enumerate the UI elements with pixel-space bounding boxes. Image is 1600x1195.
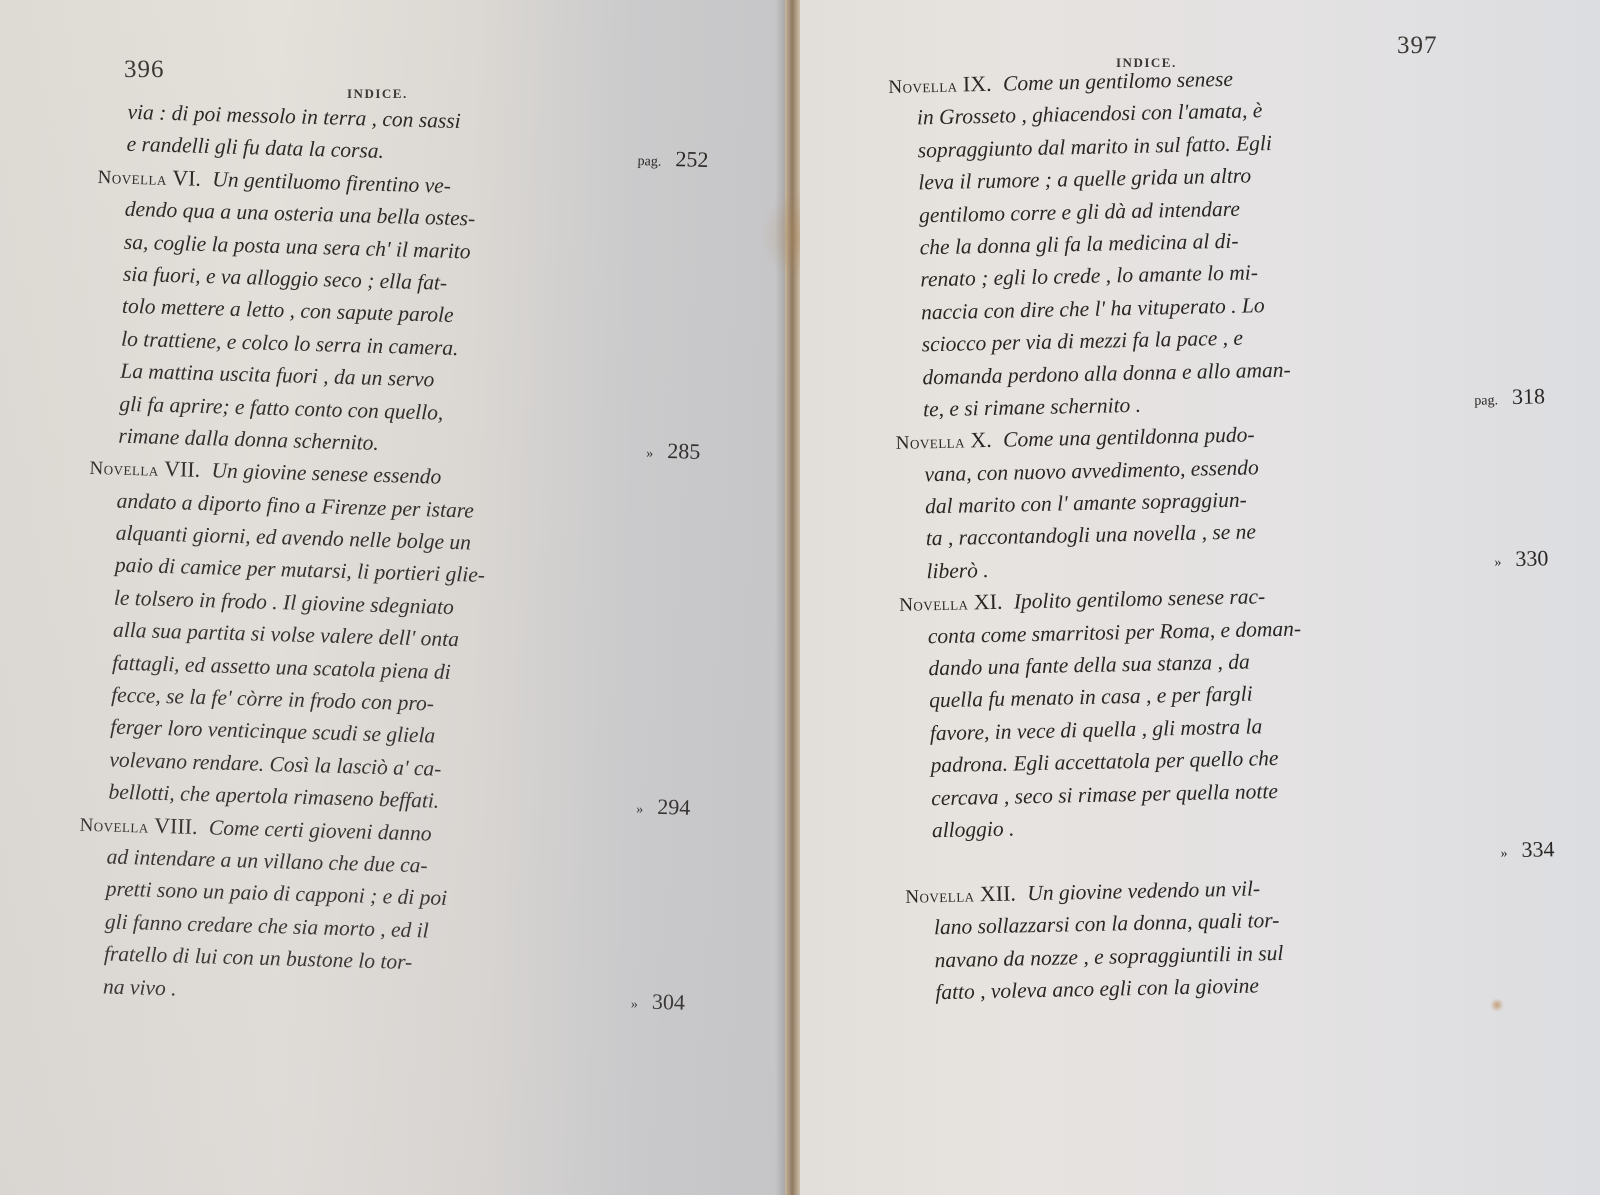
novella-number: XI. [973, 589, 1002, 615]
page-ref-number: 330 [1515, 545, 1549, 571]
novella-label: Novella [896, 432, 966, 454]
entry-text: Un gentiluomo firentino ve- [212, 163, 451, 202]
page-ref-prefix: » [1500, 847, 1507, 862]
index-line: gli fa aprire; e fatto conto con quello, [91, 386, 652, 434]
page-ref-number: 334 [1521, 837, 1555, 863]
entry-text: dendo qua a una osteria una bella ostes- [124, 193, 475, 235]
index-entries: Novella IX. Come un gentilomo senese in … [888, 57, 1508, 1009]
entry-text: te, e si rimane schernito . [923, 389, 1142, 426]
index-line: sia fuori, e va alloggio seco ; ella fat… [95, 257, 656, 305]
page-reference: pag.252 [637, 142, 709, 180]
index-line: tolo mettere a letto , con sapute parole [94, 289, 655, 337]
index-line: rimane dalla donna schernito. »285 [90, 419, 651, 467]
index-line: alquanti giorni, ed avendo nelle bolge u… [87, 516, 648, 564]
index-line: sa, coglie la posta una sera ch' il mari… [95, 225, 656, 273]
novella-label: Novella [89, 458, 159, 481]
running-head: INDICE. [347, 86, 408, 102]
index-line: volevano rendare. Così la lasciò a' ca- [81, 743, 642, 791]
entry-text: bellotti, che apertola rimaseno beffati. [108, 776, 440, 817]
index-line: fratello di lui con un bustone lo tor- [76, 937, 637, 985]
entry-text: alla sua partita si volse valere dell' o… [113, 614, 460, 656]
entry-text: gli fanno credare che sia morto , ed il [104, 905, 429, 946]
left-page: 396 INDICE. via : di poi messolo in terr… [0, 0, 790, 1195]
entry-text: e randelli gli fu data la corsa. [126, 128, 384, 167]
novella-label: Novella [899, 594, 969, 616]
page-ref-number: 285 [667, 438, 701, 464]
index-line: e randelli gli fu data la corsa. pag.252 [98, 127, 659, 175]
page-number: 396 [124, 56, 165, 84]
entry-text: volevano rendare. Così la lasciò a' ca- [109, 743, 442, 784]
index-line: fecce, se la fe' còrre in frodo con pro- [83, 678, 644, 726]
novella-label: Novella [888, 76, 958, 98]
page-reference: »304 [630, 985, 685, 1022]
index-line: fattagli, ed assetto una scatola piena d… [84, 645, 645, 693]
novella-label: Novella [97, 167, 167, 190]
index-line: na vivo . »304 [75, 969, 636, 1017]
novella-number: VII. [164, 456, 201, 482]
entry-text: tolo mettere a letto , con sapute parole [122, 290, 454, 331]
novella-number: VIII. [154, 812, 198, 838]
page-ref-number: 294 [657, 794, 691, 820]
entry-text: ad intendare a un villano che due ca- [106, 840, 428, 881]
entry-text: Come certi gioveni danno [209, 811, 433, 849]
entry-text: alloggio . [932, 813, 1015, 847]
page-ref-number: 252 [675, 146, 709, 172]
entry-text: Un giovine senese essendo [211, 455, 442, 493]
entry-text: fatto , voleva anco egli con la giovine [935, 969, 1259, 1008]
entry-text: Come una gentildonna pudo- [1003, 419, 1255, 456]
page-ref-prefix: pag. [637, 154, 661, 170]
entry-text: na vivo . [103, 970, 177, 1004]
index-line: lo trattiene, e colco lo serra in camera… [93, 322, 654, 370]
index-line: alla sua partita si volse valere dell' o… [85, 613, 646, 661]
entry-text: fratello di lui con un bustone lo tor- [104, 938, 413, 979]
index-line: gli fanno credare che sia morto , ed il [76, 904, 637, 952]
entry-text: Come un gentilomo senese [1003, 63, 1234, 100]
index-line: le tolsero in frodo . Il giovine sdegnia… [86, 581, 647, 629]
page-number: 397 [1397, 32, 1438, 60]
page-reference: »334 [1500, 834, 1555, 871]
page-ref-prefix: » [646, 446, 653, 461]
entry-text: rimane dalla donna schernito. [118, 420, 379, 459]
novella-number: VI. [172, 165, 201, 191]
entry-text: sia fuori, e va alloggio seco ; ella fat… [123, 258, 448, 299]
entry-text: ferger loro venticinque scudi se gliela [110, 711, 436, 752]
right-page: 397 INDICE. Novella IX. Come un gentilom… [800, 0, 1600, 1195]
page-ref-prefix: pag. [1474, 393, 1498, 408]
entry-text: alquanti giorni, ed avendo nelle bolge u… [115, 517, 471, 559]
page-reference: »285 [646, 434, 701, 471]
novella-number: X. [970, 427, 992, 452]
page-reference: »330 [1494, 542, 1549, 579]
index-line: paio di camice per mutarsi, li portieri … [86, 548, 647, 596]
book-spread: 396 INDICE. via : di poi messolo in terr… [0, 0, 1600, 1195]
entry-text: fecce, se la fe' còrre in frodo con pro- [111, 679, 435, 720]
entry-text: gli fa aprire; e fatto conto con quello, [119, 387, 444, 428]
index-line: La mattina uscita fuori , da un servo [92, 354, 653, 402]
novella-label: Novella [905, 885, 975, 907]
entry-text: andato a diporto fino a Firenze per ista… [116, 484, 474, 526]
entry-text: liberò . [926, 554, 989, 587]
index-line: dendo qua a una osteria una bella ostes- [96, 192, 657, 240]
book-gutter [785, 0, 801, 1195]
entry-text: via : di poi messolo in terra , con sass… [127, 96, 461, 137]
page-reference: »294 [636, 790, 691, 827]
index-entries: via : di poi messolo in terra , con sass… [75, 95, 660, 1017]
page-ref-prefix: » [1494, 555, 1501, 570]
index-line: ad intendare a un villano che due ca- [78, 840, 639, 888]
index-line: ferger loro venticinque scudi se gliela [82, 710, 643, 758]
novella-number: IX. [963, 71, 992, 97]
index-line: andato a diporto fino a Firenze per ista… [88, 484, 649, 532]
entry-text: pretti sono un paio di capponi ; e di po… [105, 873, 447, 915]
entry-text: le tolsero in frodo . Il giovine sdegnia… [114, 581, 455, 622]
foxing-spot [1490, 998, 1504, 1012]
entry-text: lo trattiene, e colco lo serra in camera… [121, 322, 459, 363]
novella-entry-heading: Novella VI. Un gentiluomo firentino ve- [97, 160, 658, 208]
entry-text: fattagli, ed assetto una scatola piena d… [112, 646, 451, 687]
novella-number: XII. [980, 880, 1017, 906]
index-line: via : di poi messolo in terra , con sass… [99, 95, 660, 143]
novella-label: Novella [79, 814, 149, 837]
index-line: pretti sono un paio di capponi ; e di po… [77, 872, 638, 920]
entry-text: paio di camice per mutarsi, li portieri … [114, 549, 485, 591]
entry-text: La mattina uscita fuori , da un servo [120, 355, 435, 396]
page-ref-number: 318 [1512, 383, 1546, 409]
page-reference: pag.318 [1474, 380, 1545, 417]
entry-text: sa, coglie la posta una sera ch' il mari… [123, 225, 471, 267]
novella-entry-heading: Novella VII. Un giovine senese essendo [89, 451, 650, 499]
page-ref-number: 304 [652, 988, 686, 1014]
entry-text: Ipolito gentilomo senese rac- [1014, 580, 1266, 617]
page-ref-prefix: » [636, 802, 643, 817]
index-line: bellotti, che apertola rimaseno beffati.… [80, 775, 641, 823]
entry-text: Un giovine vedendo un vil- [1027, 872, 1260, 909]
page-ref-prefix: » [631, 997, 638, 1012]
novella-entry-heading: Novella VIII. Come certi gioveni danno [79, 807, 640, 855]
